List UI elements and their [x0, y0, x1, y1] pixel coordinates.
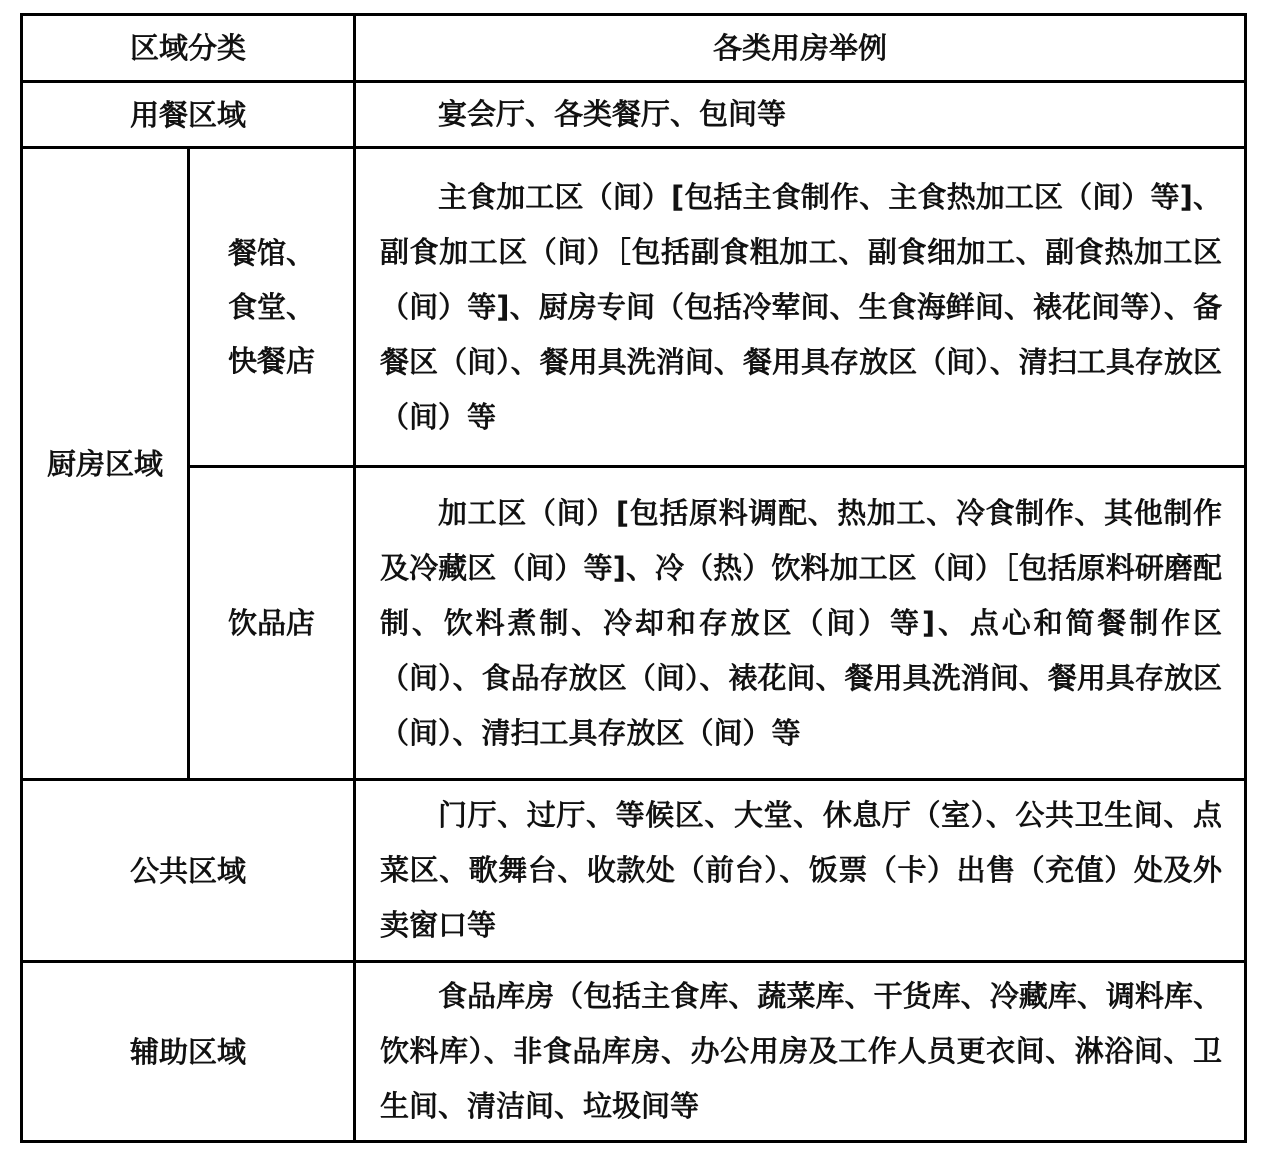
header-examples: 各类用房举例 — [356, 16, 1244, 80]
header-category-label: 区域分类 — [130, 21, 246, 75]
subcategory-beverage-shop: 饮品店 — [190, 468, 353, 778]
examples-beverage-shop: 加工区（间）[包括原料调配、热加工、冷食制作、其他制作及冷藏区（间）等]、冷（热… — [356, 468, 1244, 778]
examples-dining: 宴会厅、各类餐厅、包间等 — [356, 83, 1244, 146]
header-category: 区域分类 — [23, 16, 353, 80]
category-dining: 用餐区域 — [23, 83, 353, 146]
room-classification-table: 区域分类 各类用房举例 用餐区域 宴会厅、各类餐厅、包间等 厨房区域 餐馆、 食… — [20, 13, 1247, 1143]
subcategory-restaurant: 餐馆、 食堂、 快餐店 — [190, 149, 353, 465]
category-public: 公共区域 — [23, 781, 353, 960]
examples-public: 门厅、过厅、等候区、大堂、休息厅（室）、公共卫生间、点菜区、歌舞台、收款处（前台… — [356, 781, 1244, 960]
category-auxiliary: 辅助区域 — [23, 963, 353, 1140]
examples-restaurant: 主食加工区（间）[包括主食制作、主食热加工区（间）等]、副食加工区（间）［包括副… — [356, 149, 1244, 465]
examples-auxiliary: 食品库房（包括主食库、蔬菜库、干货库、冷藏库、调料库、饮料库）、非食品库房、办公… — [356, 963, 1244, 1140]
header-examples-label: 各类用房举例 — [713, 21, 887, 75]
category-kitchen: 厨房区域 — [23, 149, 187, 778]
